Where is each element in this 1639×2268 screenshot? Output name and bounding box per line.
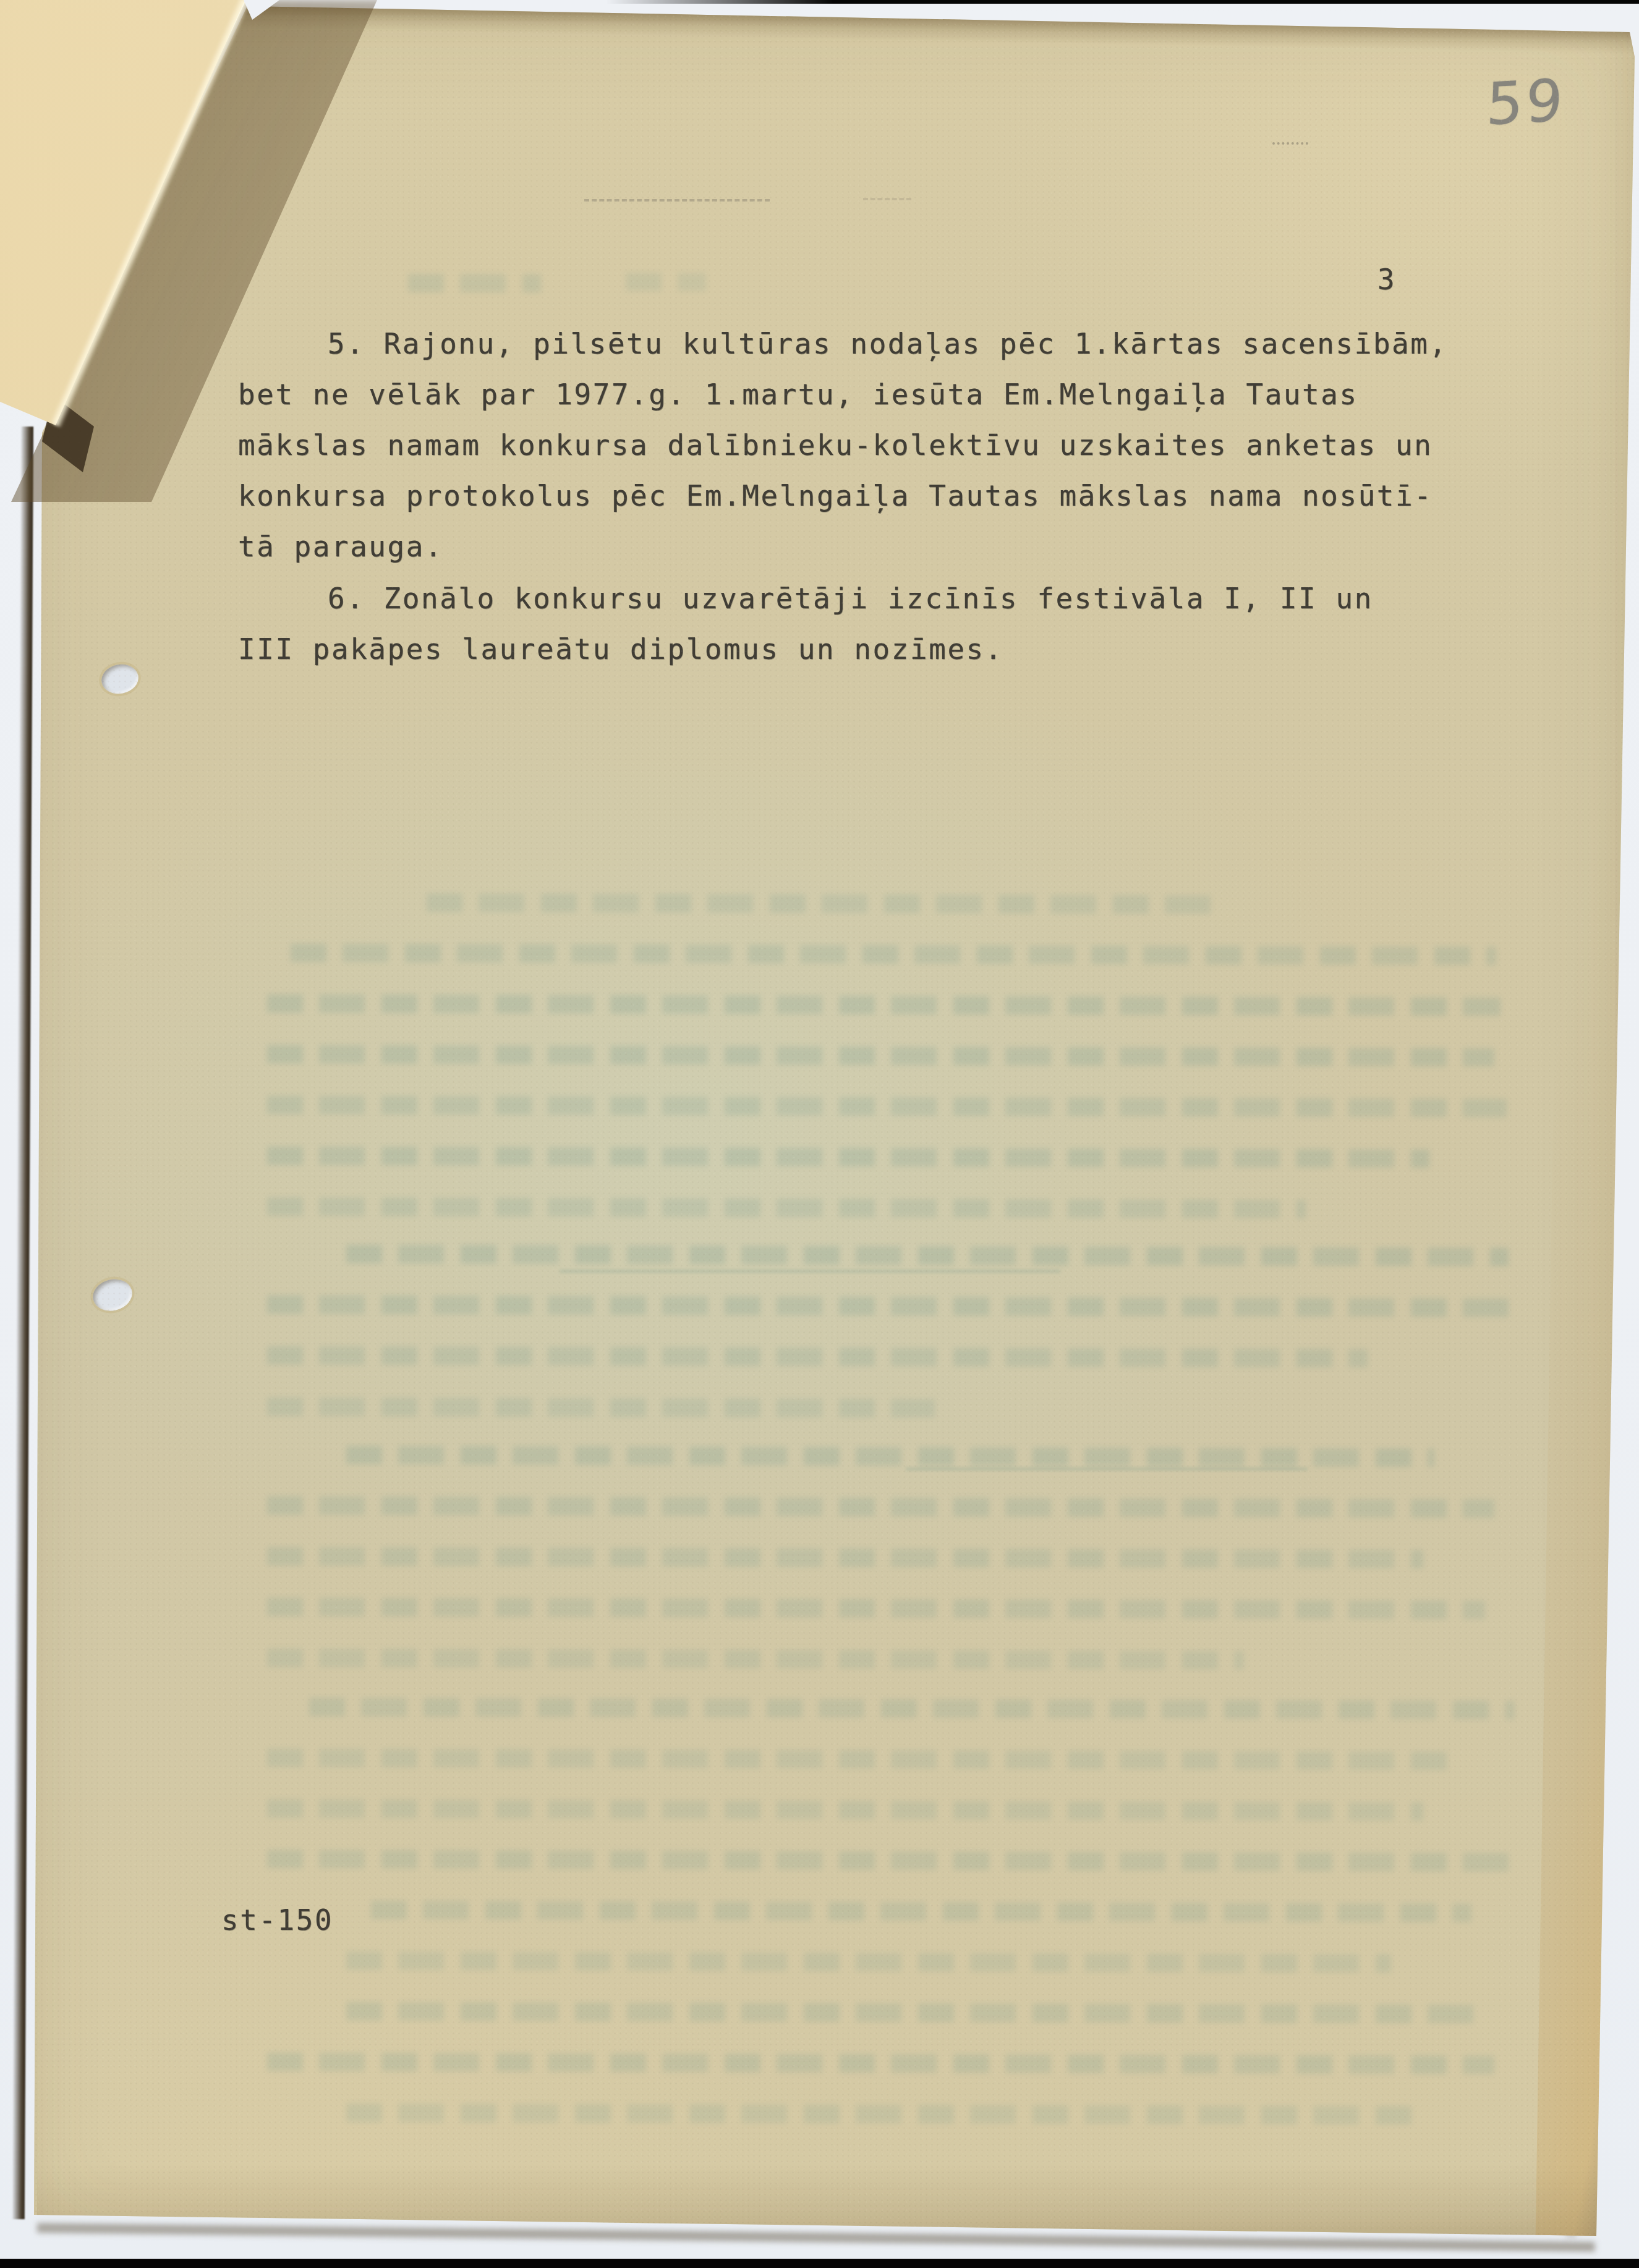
pencil-dash-mark <box>584 199 770 202</box>
ghost-text-line <box>309 1697 1515 1719</box>
document-page: 59 3 5. Rajonu, pilsētu kultūras nodaļas… <box>0 0 1639 2268</box>
ghost-text-line <box>267 1850 1516 1871</box>
ghost-text-line <box>267 1197 1306 1218</box>
ghost-text-line <box>267 1147 1429 1168</box>
typed-text-line-1: 5. Rajonu, pilsētu kultūras nodaļas pēc … <box>328 326 1448 361</box>
typed-text-line-7: III pakāpes laureātu diplomus un nozīmes… <box>238 632 1003 666</box>
ghost-text-line <box>267 1398 935 1418</box>
ghost-text-line <box>267 1496 1494 1518</box>
page-number: 3 <box>1377 262 1396 297</box>
pencil-dot-marks <box>1272 142 1308 145</box>
scanner-edge-top <box>606 0 1639 4</box>
scanner-edge-bottom <box>0 2259 1639 2268</box>
ghost-text-line <box>371 1901 1471 1922</box>
page-left-edge-shadow <box>12 427 33 2219</box>
punch-hole-bottom <box>90 1275 135 1315</box>
typed-text-line-6: 6. Zonālo konkursu uzvarētāji izcīnīs fe… <box>328 581 1373 616</box>
ghost-text-line <box>346 2104 1422 2125</box>
ghost-text-line <box>267 2052 1494 2074</box>
ghost-text-line <box>267 1649 1244 1670</box>
typed-text-line-4: konkursa protokolus pēc Em.Melngaiļa Tau… <box>238 478 1433 513</box>
footer-code: st-150 <box>221 1903 333 1937</box>
page-top-edge-band <box>241 4 1638 54</box>
punch-hole-top <box>99 661 141 697</box>
ghost-text-line <box>346 1952 1391 1973</box>
ghost-text-line <box>626 273 706 291</box>
ghost-text-line <box>291 943 1496 965</box>
scan-canvas: 59 3 5. Rajonu, pilsētu kultūras nodaļas… <box>0 0 1639 2268</box>
ghost-text-line <box>346 1446 1434 1467</box>
ghost-text-line <box>267 1748 1454 1770</box>
ghost-text-line <box>267 1799 1423 1821</box>
typed-text-line-2: bet ne vēlāk par 1977.g. 1.martu, iesūta… <box>238 377 1358 412</box>
page-right-edge-band <box>1535 17 1638 2243</box>
ghost-text-line <box>267 994 1501 1016</box>
ghost-text-line <box>346 1245 1509 1267</box>
ghost-underline <box>906 1467 1308 1471</box>
ghost-underline <box>560 1270 1060 1273</box>
ghost-text-line <box>346 2002 1484 2024</box>
ghost-text-line <box>267 1095 1507 1117</box>
pencil-dash-mark-small <box>863 198 911 200</box>
typed-text-line-5: tā parauga. <box>238 529 443 564</box>
ghost-text-line <box>408 274 541 293</box>
typed-text-line-3: mākslas namam konkursa dalībnieku-kolekt… <box>238 428 1433 462</box>
ghost-text-line <box>427 893 1224 914</box>
handwritten-folio-number: 59 <box>1485 67 1566 138</box>
ghost-text-line <box>267 1045 1494 1066</box>
ghost-text-line <box>267 1547 1423 1569</box>
ghost-text-line <box>267 1597 1485 1619</box>
ghost-text-line <box>267 1295 1513 1317</box>
ghost-text-line <box>267 1346 1368 1368</box>
